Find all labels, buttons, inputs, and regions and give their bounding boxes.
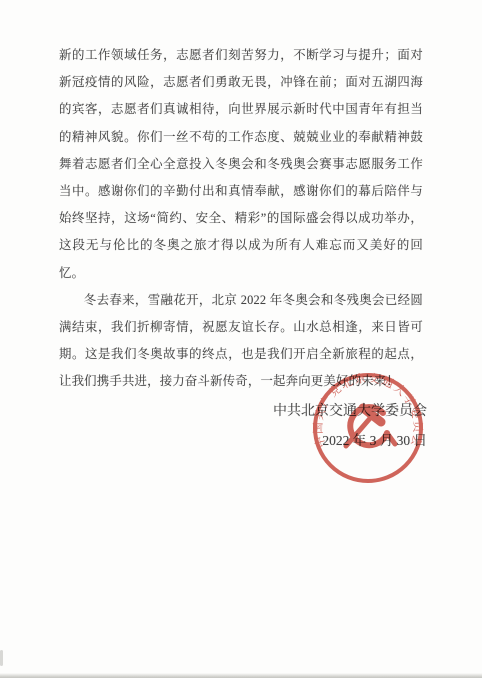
body-line: 这段无与伦比的冬奥之旅才得以成为所有人难忘而又美好的回 <box>59 232 423 259</box>
body-line: 忆。 <box>59 260 423 287</box>
body-line: 让我们携手共进，接力奋斗新传奇，一起奔向更美好的未来！ <box>59 368 423 395</box>
scan-smudge <box>0 650 3 666</box>
signature-line: 中共北京交通大学委员会 <box>59 398 427 425</box>
body-line: 期。这是我们冬奥故事的终点，也是我们开启全新旅程的起点， <box>59 341 423 368</box>
body-line: 新的工作领域任务，志愿者们刻苦努力，不断学习与提升；面对 <box>59 42 423 69</box>
document-page: 新的工作领域任务，志愿者们刻苦努力，不断学习与提升；面对 新冠疫情的风险，志愿者… <box>0 0 482 678</box>
body-line: 舞着志愿者们全心全意投入冬奥会和冬残奥会赛事志愿服务工作 <box>59 151 423 178</box>
body-line: 冬去春来，雪融花开，北京 2022 年冬奥会和冬残奥会已经圆 <box>59 287 423 314</box>
letter-body: 新的工作领域任务，志愿者们刻苦努力，不断学习与提升；面对 新冠疫情的风险，志愿者… <box>59 42 423 456</box>
scan-bottom-edge <box>0 673 482 678</box>
body-line: 当中。感谢你们的辛勤付出和真情奉献，感谢你们的幕后陪伴与 <box>59 178 423 205</box>
body-line: 的精神风貌。你们一丝不苟的工作态度、兢兢业业的奉献精神鼓 <box>59 124 423 151</box>
body-line: 的宾客，志愿者们真诚相待，向世界展示新时代中国青年有担当 <box>59 96 423 123</box>
date-line: 2022 年 3 月 30 日 <box>59 425 427 456</box>
body-line: 始终坚持，这场“简约、安全、精彩”的国际盛会得以成功举办， <box>59 205 423 232</box>
body-line: 新冠疫情的风险，志愿者们勇敢无畏，冲锋在前；面对五湖四海 <box>59 69 423 96</box>
body-line: 满结束，我们折柳寄情，祝愿友谊长存。山水总相逢，来日皆可 <box>59 314 423 341</box>
